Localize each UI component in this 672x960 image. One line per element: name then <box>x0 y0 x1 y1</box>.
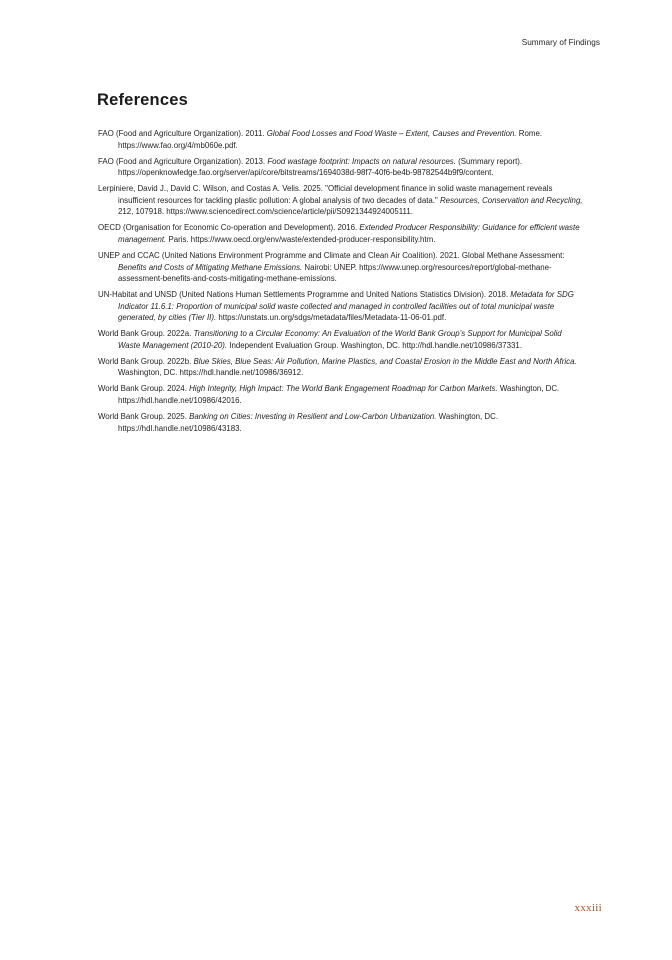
reference-item: UNEP and CCAC (United Nations Environmen… <box>98 250 584 285</box>
reference-item: FAO (Food and Agriculture Organization).… <box>98 156 584 179</box>
reference-title: Banking on Cities: Investing in Resilien… <box>189 412 436 421</box>
reference-list: FAO (Food and Agriculture Organization).… <box>98 128 584 439</box>
reference-item: FAO (Food and Agriculture Organization).… <box>98 128 584 151</box>
reference-title: High Integrity, High Impact: The World B… <box>189 384 498 393</box>
reference-item: OECD (Organisation for Economic Co-opera… <box>98 222 584 245</box>
running-header: Summary of Findings <box>522 38 600 47</box>
reference-item: World Bank Group. 2022a. Transitioning t… <box>98 328 584 351</box>
reference-authors: UNEP and CCAC (United Nations Environmen… <box>98 251 565 260</box>
reference-title: Food wastage footprint: Impacts on natur… <box>267 157 456 166</box>
reference-item: UN-Habitat and UNSD (United Nations Huma… <box>98 289 584 324</box>
reference-authors: World Bank Group. 2025. <box>98 412 189 421</box>
reference-item: World Bank Group. 2024. High Integrity, … <box>98 383 584 406</box>
reference-authors: World Bank Group. 2022b. <box>98 357 193 366</box>
reference-title: Benefits and Costs of Mitigating Methane… <box>118 263 302 272</box>
reference-title: Blue Skies, Blue Seas: Air Pollution, Ma… <box>193 357 576 366</box>
reference-publisher-link[interactable]: Paris. https://www.oecd.org/env/waste/ex… <box>166 235 435 244</box>
reference-item: World Bank Group. 2025. Banking on Citie… <box>98 411 584 434</box>
reference-publisher-link[interactable]: Independent Evaluation Group. Washington… <box>227 341 522 350</box>
reference-authors: World Bank Group. 2022a. <box>98 329 193 338</box>
reference-item: World Bank Group. 2022b. Blue Skies, Blu… <box>98 356 584 379</box>
page-number: xxxiii <box>575 902 602 914</box>
page-title: References <box>97 91 188 110</box>
reference-authors: FAO (Food and Agriculture Organization).… <box>98 157 267 166</box>
reference-authors: OECD (Organisation for Economic Co-opera… <box>98 223 359 232</box>
reference-title: Global Food Losses and Food Waste – Exte… <box>267 129 517 138</box>
reference-authors: FAO (Food and Agriculture Organization).… <box>98 129 267 138</box>
reference-item: Lerpiniere, David J., David C. Wilson, a… <box>98 183 584 218</box>
reference-authors: UN-Habitat and UNSD (United Nations Huma… <box>98 290 510 299</box>
reference-title: Resources, Conservation and Recycling, <box>440 196 583 205</box>
reference-publisher-link[interactable]: 212, 107918. https://www.sciencedirect.c… <box>118 207 413 216</box>
reference-publisher-link[interactable]: Washington, DC. https://hdl.handle.net/1… <box>118 368 303 377</box>
reference-publisher-link[interactable]: https://unstats.un.org/sdgs/metadata/fil… <box>216 313 446 322</box>
reference-authors: World Bank Group. 2024. <box>98 384 189 393</box>
